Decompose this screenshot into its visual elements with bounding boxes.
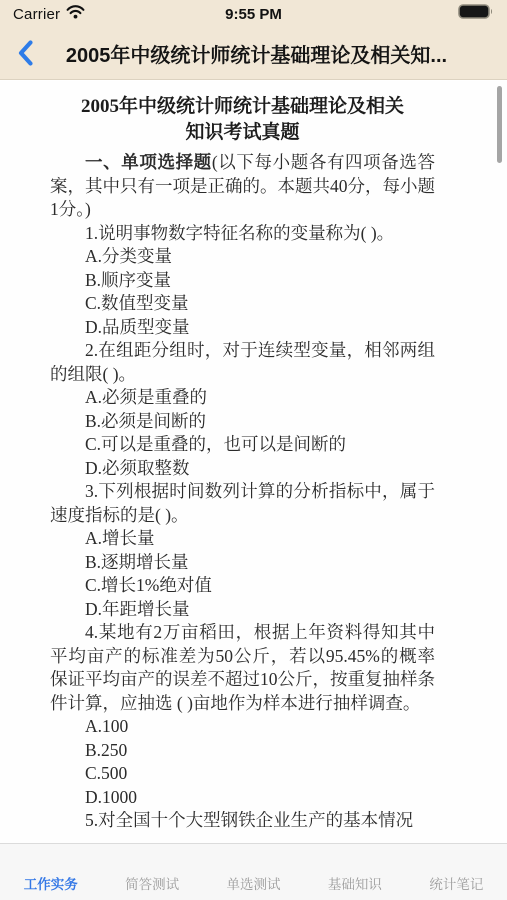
question-4-text: 4.某地有2万亩稻田，根据上年资料得知其中平均亩产的标准差为50公斤，若以95.… (50, 621, 435, 715)
tab-label: 工作实务 (24, 877, 78, 892)
tab-label: 单选测试 (227, 877, 281, 892)
question-4-option-c: C.500 (50, 762, 435, 786)
question-1-option-a: A.分类变量 (50, 245, 435, 269)
tab-short-answer-test[interactable]: 简答测试 (101, 873, 202, 893)
back-button[interactable] (8, 28, 42, 80)
nav-bar: 2005年中级统计师统计基础理论及相关知... (0, 28, 507, 80)
tab-label: 简答测试 (125, 877, 179, 892)
question-3-text: 3.下列根据时间数列计算的分析指标中，属于速度指标的是( )。 (50, 480, 435, 527)
question-5-text: 5.对全国十个大型钢铁企业生产的基本情况 (50, 809, 435, 833)
question-4-option-d: D.1000 (50, 786, 435, 810)
question-2-option-b: B.必须是间断的 (50, 410, 435, 434)
tab-statistics-notes[interactable]: 统计笔记 (406, 873, 507, 893)
question-2-option-d: D.必须取整数 (50, 457, 435, 481)
document-title-line1: 2005年中级统计师统计基础理论及相关 (36, 94, 449, 120)
question-1-text: 1.说明事物数字特征名称的变量称为( )。 (50, 222, 435, 246)
document-title-line2: 知识考试真题 (36, 120, 449, 146)
document-scroll-view[interactable]: 2005年中级统计师统计基础理论及相关 知识考试真题 一、单项选择题(以下每小题… (0, 81, 507, 843)
tab-label: 基础知识 (328, 877, 382, 892)
status-right (458, 4, 494, 24)
question-2-option-a: A.必须是重叠的 (50, 386, 435, 410)
status-bar: Carrier 9:55 PM (0, 0, 507, 28)
app-screen: Carrier 9:55 PM (0, 0, 507, 900)
section-intro: 一、单项选择题(以下每小题各有四项备选答案，其中只有一项是正确的。本题共40分，… (50, 151, 435, 222)
tab-basic-knowledge[interactable]: 基础知识 (304, 873, 405, 893)
question-3-option-a: A.增长量 (50, 527, 435, 551)
status-time: 9:55 PM (0, 6, 507, 23)
question-1-option-d: D.品质型变量 (50, 316, 435, 340)
tab-single-choice-test[interactable]: 单选测试 (203, 873, 304, 893)
question-3-option-c: C.增长1%绝对值 (50, 574, 435, 598)
question-2-option-c: C.可以是重叠的，也可以是间断的 (50, 433, 435, 457)
tab-work-practice[interactable]: 工作实务 (0, 873, 101, 893)
nav-title: 2005年中级统计师统计基础理论及相关知... (0, 39, 507, 68)
chevron-left-icon (18, 40, 33, 69)
section-heading: 一、单项选择题 (85, 152, 212, 172)
document-title: 2005年中级统计师统计基础理论及相关 知识考试真题 (36, 94, 449, 146)
question-1-option-c: C.数值型变量 (50, 292, 435, 316)
battery-icon (458, 4, 494, 24)
tab-label: 统计笔记 (429, 877, 483, 892)
question-4-option-b: B.250 (50, 739, 435, 763)
question-4-option-a: A.100 (50, 715, 435, 739)
exam-document: 2005年中级统计师统计基础理论及相关 知识考试真题 一、单项选择题(以下每小题… (0, 81, 507, 833)
question-3-option-d: D.年距增长量 (50, 598, 435, 622)
question-2-text: 2.在组距分组时，对于连续型变量，相邻两组的组限( )。 (50, 339, 435, 386)
tab-bar: 工作实务 简答测试 单选测试 基础知识 统计笔记 (0, 843, 507, 900)
question-3-option-b: B.逐期增长量 (50, 551, 435, 575)
scrollbar-thumb[interactable] (497, 86, 502, 163)
question-1-option-b: B.顺序变量 (50, 269, 435, 293)
